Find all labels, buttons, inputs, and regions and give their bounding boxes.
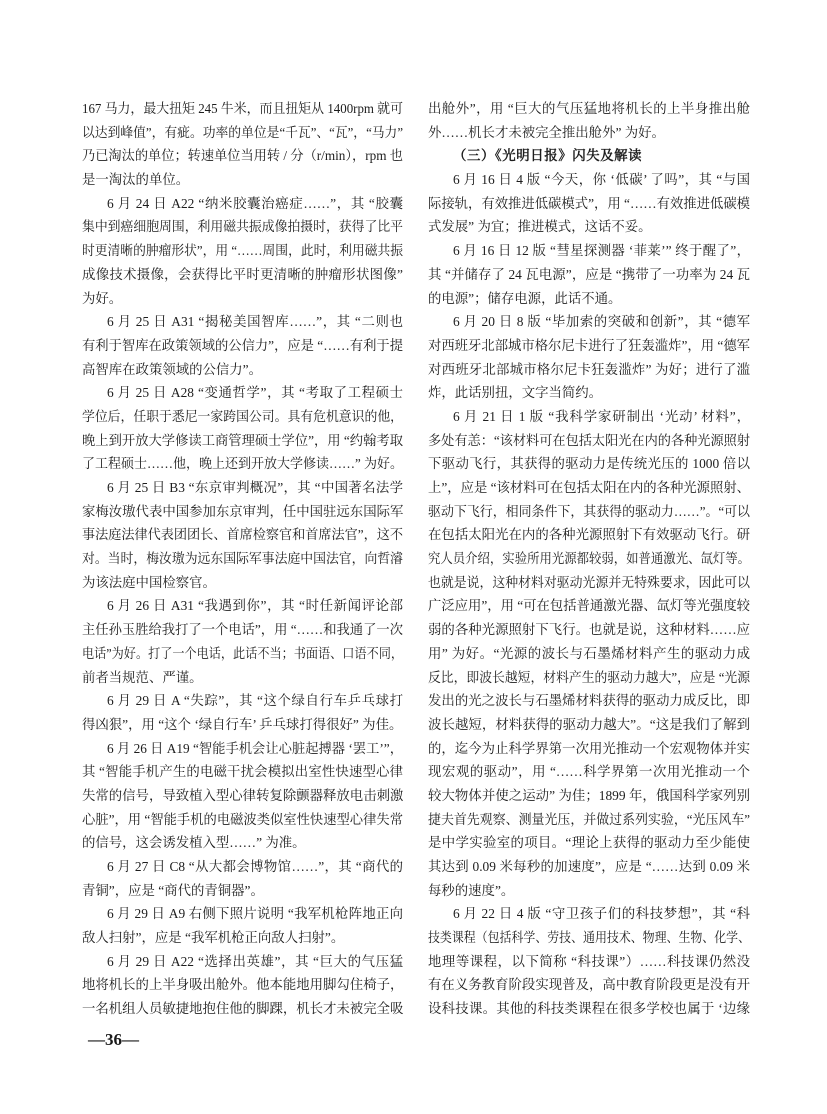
text-line-content: 家梅汝璈代表中国参加东京审判，任中国驻远东国际军 xyxy=(82,500,403,524)
paragraph: 6 月 24 日 A22 “纳米胶囊治癌症……”，其 “胶囊 集中到癌细胞周围，… xyxy=(82,192,403,310)
text-line-content: 为好。 xyxy=(82,287,403,311)
text-line: 6 月 27 日 C8 “从大都会博物馆……”，其 “商代的 xyxy=(82,855,403,879)
text-line: 对西班牙北部城市格尔尼卡狂轰滥炸” 为好；进行了滥 xyxy=(428,358,750,382)
text-line: 高智库在政策领域的公信力”。 xyxy=(82,358,403,382)
text-line-content: 晚上到开放大学修读工商管理硕士学位”，用 “约翰考取 xyxy=(82,429,403,453)
section-heading: （三）《光明日报》闪失及解读 xyxy=(428,144,750,168)
text-line: 反比，即波长越短，材料产生的驱动力越大”，应是 “光源 xyxy=(428,666,750,690)
text-line-content: 6 月 25 日 B3 “东京审判概况”，其 “中国著名法学 xyxy=(107,476,403,500)
paragraph: 6 月 16 日 4 版 “今天，你 ‘低碳’ 了吗”，其 “与国 际接轨，有效… xyxy=(428,168,750,239)
text-line: 6 月 25 日 A31 “揭秘美国智库……”，其 “二则也 xyxy=(82,310,403,334)
text-line-content: 为该法庭中国检察官。 xyxy=(82,571,403,595)
text-line-content: 其 “并储存了 24 瓦电源”，应是 “携带了一功率为 24 瓦 xyxy=(428,263,750,287)
text-line: 6 月 26 日 A19 “智能手机会让心脏起搏器 ‘罢工’”， xyxy=(82,737,403,761)
text-line-content: 学位后，任职于悉尼一家跨国公司。具有危机意识的他， xyxy=(82,405,403,429)
text-line-content: 的信号，这会诱发植入型……” 为准。 xyxy=(82,831,403,855)
text-line-content: 青铜”，应是 “商代的青铜器”。 xyxy=(82,879,403,903)
text-line-content: 用” 为好。“光源的波长与石墨烯材料产生的驱动力成 xyxy=(428,642,750,666)
text-line: 6 月 21 日 1 版 “我科学家研制出 ‘光动’ 材料”， xyxy=(428,405,750,429)
text-line: 6 月 16 日 12 版 “彗星探测器 ‘菲莱’” 终于醒了”， xyxy=(428,239,750,263)
text-line: 发出的光之波长与石墨烯材料获得的驱动力成反比，即 xyxy=(428,689,750,713)
text-line: 家梅汝璈代表中国参加东京审判，任中国驻远东国际军 xyxy=(82,500,403,524)
text-line: 乃已淘汰的单位；转速单位当用转 / 分（r/min），rpm 也 xyxy=(82,144,403,168)
text-line: 6 月 29 日 A9 右侧下照片说明 “我军机枪阵地正向 xyxy=(82,902,403,926)
text-line-content: 事法庭法律代表团团长、首席检察官和首席法官”，这不 xyxy=(82,523,403,547)
text-line-content: 广泛应用”，用 “可在包括普通激光器、氙灯等光强度较 xyxy=(428,594,750,618)
text-line-content: 乃已淘汰的单位；转速单位当用转 / 分（r/min），rpm 也 xyxy=(82,144,403,168)
text-line: 对西班牙北部城市格尔尼卡进行了狂轰滥炸”，用 “德军 xyxy=(428,334,750,358)
text-line: 炸，此话别扭，文字当简约。 xyxy=(428,381,750,405)
text-line: 6 月 25 日 A28 “变通哲学”，其 “考取了工程硕士 xyxy=(82,381,403,405)
text-line-content: 外……机长才未被完全推出舱外” 为好。 xyxy=(428,121,750,145)
text-line: 技类课程（包括科学、劳技、通用技术、物理、生物、化学、 xyxy=(428,926,750,950)
text-line: 为该法庭中国检察官。 xyxy=(82,571,403,595)
text-line-content: 得凶狠”，用 “这个 ‘绿自行车’ 乒乓球打得很好” 为佳。 xyxy=(82,713,403,737)
text-line: 波长越短，材料获得的驱动力越大”。“这是我们了解到 xyxy=(428,713,750,737)
text-line-content: 捷夫首先观察、测量光压，并做过系列实验，“光压风车” xyxy=(428,808,750,832)
text-line-content: 6 月 29 日 A “失踪”，其 “这个绿自行车乒乓球打 xyxy=(107,689,403,713)
text-line-content: 6 月 27 日 C8 “从大都会博物馆……”，其 “商代的 xyxy=(107,855,403,879)
text-line-content: 6 月 25 日 A28 “变通哲学”，其 “考取了工程硕士 xyxy=(107,381,403,405)
text-line-content: 6 月 25 日 A31 “揭秘美国智库……”，其 “二则也 xyxy=(107,310,403,334)
paragraph: 6 月 25 日 A28 “变通哲学”，其 “考取了工程硕士 学位后，任职于悉尼… xyxy=(82,381,403,476)
text-line: 地理等课程，以下简称 “科技课”）……科技课仍然没 xyxy=(428,950,750,974)
text-line-content: 主任孙玉胜给我打了一个电话”，用 “……和我通了一次 xyxy=(82,618,403,642)
text-line-content: 167 马力，最大扭矩 245 牛米，而且扭矩从 1400rpm 就可 xyxy=(82,97,403,121)
text-line: 6 月 25 日 B3 “东京审判概况”，其 “中国著名法学 xyxy=(82,476,403,500)
text-line-content: 现宏观的驱动”，用 “……科学界第一次用光推动一个 xyxy=(428,760,750,784)
text-line: 晚上到开放大学修读工商管理硕士学位”，用 “约翰考取 xyxy=(82,429,403,453)
text-line: 在包括太阳光在内的各种光源照射下有效驱动飞行。研 xyxy=(428,523,750,547)
paragraph: 6 月 25 日 B3 “东京审判概况”，其 “中国著名法学 家梅汝璈代表中国参… xyxy=(82,476,403,594)
text-line: 设科技课。其他的科技类课程在很多学校也属于 ‘边缘 xyxy=(428,997,750,1021)
text-line-content: 是中学实验室的项目。“理论上获得的驱动力至少能使 xyxy=(428,831,750,855)
text-line: 其 “并储存了 24 瓦电源”，应是 “携带了一功率为 24 瓦 xyxy=(428,263,750,287)
text-line-content: 炸，此话别扭，文字当简约。 xyxy=(428,381,750,405)
text-line: 其 “智能手机产生的电磁干扰会模拟出室性快速型心律 xyxy=(82,760,403,784)
text-line: 心脏”，用 “智能手机的电磁波类似室性快速型心律失常 xyxy=(82,808,403,832)
text-line-content: 电话”为好。打了一个电话，此话不当；书面语、口语不同， xyxy=(82,642,403,666)
text-line-content: 际接轨，有效推进低碳模式”，用 “……有效推进低碳模 xyxy=(428,192,750,216)
text-line: 为好。 xyxy=(82,287,403,311)
text-line: 敌人扫射”，应是 “我军机枪正向敌人扫射”。 xyxy=(82,926,403,950)
text-line: 弱的各种光源照射下飞行。也就是说，这种材料……应 xyxy=(428,618,750,642)
text-line: 6 月 22 日 4 版 “守卫孩子们的科技梦想”，其 “科 xyxy=(428,902,750,926)
text-line-content: 一名机组人员敏捷地抱住他的脚踝，机长才未被完全吸 xyxy=(82,997,403,1021)
text-line: 外……机长才未被完全推出舱外” 为好。 xyxy=(428,121,750,145)
text-line-content: 多处有恙：“该材料可在包括太阳光在内的各种光源照射 xyxy=(428,429,750,453)
text-line: 现宏观的驱动”，用 “……科学界第一次用光推动一个 xyxy=(428,760,750,784)
text-line-content: 成像技术摄像，会获得比平时更清晰的肿瘤形状图像” xyxy=(82,263,403,287)
text-line-content: 以达到峰值”，有疵。功率的单位是“千瓦”、“瓦”，“马力” xyxy=(82,121,403,145)
paragraph: 6 月 22 日 4 版 “守卫孩子们的科技梦想”，其 “科 技类课程（包括科学… xyxy=(428,902,750,1020)
paragraph: 6 月 26 日 A19 “智能手机会让心脏起搏器 ‘罢工’”， 其 “智能手机… xyxy=(82,737,403,855)
text-line: 得凶狠”，用 “这个 ‘绿自行车’ 乒乓球打得很好” 为佳。 xyxy=(82,713,403,737)
text-line-content: 在包括太阳光在内的各种光源照射下有效驱动飞行。研 xyxy=(428,523,750,547)
text-line: 的信号，这会诱发植入型……” 为准。 xyxy=(82,831,403,855)
text-line: 其达到 0.09 米每秒的加速度”，应是 “……达到 0.09 米 xyxy=(428,855,750,879)
text-line: 是中学实验室的项目。“理论上获得的驱动力至少能使 xyxy=(428,831,750,855)
text-line-content: 设科技课。其他的科技类课程在很多学校也属于 ‘边缘 xyxy=(428,997,750,1021)
text-line-content: 前者当规范、严谨。 xyxy=(82,666,403,690)
text-line: 成像技术摄像，会获得比平时更清晰的肿瘤形状图像” xyxy=(82,263,403,287)
text-line-content: 上”，应是 “该材料可在包括太阳在内的各种光源照射、 xyxy=(428,476,750,500)
text-line-content: 6 月 24 日 A22 “纳米胶囊治癌症……”，其 “胶囊 xyxy=(107,192,403,216)
text-line: 下驱动飞行，其获得的驱动力是传统光压的 1000 倍以 xyxy=(428,452,750,476)
text-line: 捷夫首先观察、测量光压，并做过系列实验，“光压风车” xyxy=(428,808,750,832)
text-line-content: 对。当时，梅汝璈为远东国际军事法庭中国法官，向哲濬 xyxy=(82,547,403,571)
paragraph: 6 月 27 日 C8 “从大都会博物馆……”，其 “商代的 青铜”，应是 “商… xyxy=(82,855,403,902)
text-line: 6 月 16 日 4 版 “今天，你 ‘低碳’ 了吗”，其 “与国 xyxy=(428,168,750,192)
paragraph: 6 月 21 日 1 版 “我科学家研制出 ‘光动’ 材料”， 多处有恙：“该材… xyxy=(428,405,750,902)
text-line: 以达到峰值”，有疵。功率的单位是“千瓦”、“瓦”，“马力” xyxy=(82,121,403,145)
text-line-content: 对西班牙北部城市格尔尼卡进行了狂轰滥炸”，用 “德军 xyxy=(428,334,750,358)
text-line-content: 较大物体并使之运动” 为佳；1899 年，俄国科学家列别 xyxy=(428,784,750,808)
text-line-content: 6 月 22 日 4 版 “守卫孩子们的科技梦想”，其 “科 xyxy=(453,902,750,926)
text-line-content: 弱的各种光源照射下飞行。也就是说，这种材料……应 xyxy=(428,618,750,642)
text-line-content: 地将机长的上半身吸出舱外。他本能地用脚勾住椅子， xyxy=(82,973,403,997)
text-line-content: 每秒的速度”。 xyxy=(428,879,750,903)
right-column: 出舱外”，用 “巨大的气压猛地将机长的上半身推出舱 外……机长才未被完全推出舱外… xyxy=(428,97,750,1021)
text-line-content: 其 “智能手机产生的电磁干扰会模拟出室性快速型心律 xyxy=(82,760,403,784)
text-line: 也就是说，这种材料对驱动光源并无特殊要求，因此可以 xyxy=(428,571,750,595)
text-line-content: 究人员介绍，实验所用光源都较弱，如普通激光、氙灯等。 xyxy=(428,547,750,571)
paragraph: 6 月 25 日 A31 “揭秘美国智库……”，其 “二则也 有利于智库在政策领… xyxy=(82,310,403,381)
text-line-content: 波长越短，材料获得的驱动力越大”。“这是我们了解到 xyxy=(428,713,750,737)
text-line-content: 6 月 26 日 A19 “智能手机会让心脏起搏器 ‘罢工’”， xyxy=(107,737,403,761)
text-line-content: 了工程硕士……他，晚上还到开放大学修读……” 为好。 xyxy=(82,452,403,476)
paragraph: 6 月 29 日 A22 “选择出英雄”，其 “巨大的气压猛 地将机长的上半身吸… xyxy=(82,950,403,1021)
text-line: 电话”为好。打了一个电话，此话不当；书面语、口语不同， xyxy=(82,642,403,666)
paragraph: 6 月 16 日 12 版 “彗星探测器 ‘菲莱’” 终于醒了”， 其 “并储存… xyxy=(428,239,750,310)
text-line-content: 出舱外”，用 “巨大的气压猛地将机长的上半身推出舱 xyxy=(428,97,750,121)
text-line: 上”，应是 “该材料可在包括太阳在内的各种光源照射、 xyxy=(428,476,750,500)
text-line: 用” 为好。“光源的波长与石墨烯材料产生的驱动力成 xyxy=(428,642,750,666)
text-line-content: 对西班牙北部城市格尔尼卡狂轰滥炸” 为好；进行了滥 xyxy=(428,358,750,382)
text-line: 集中到癌细胞周围，利用磁共振成像拍摄时，获得了比平 xyxy=(82,215,403,239)
text-line-content: 技类课程（包括科学、劳技、通用技术、物理、生物、化学、 xyxy=(428,926,750,950)
text-line: 时更清晰的肿瘤形状”，用 “……周围，此时，利用磁共振 xyxy=(82,239,403,263)
text-line-content: 6 月 29 日 A22 “选择出英雄”，其 “巨大的气压猛 xyxy=(107,950,403,974)
text-line: 每秒的速度”。 xyxy=(428,879,750,903)
text-line: 多处有恙：“该材料可在包括太阳光在内的各种光源照射 xyxy=(428,429,750,453)
text-line-content: 集中到癌细胞周围，利用磁共振成像拍摄时，获得了比平 xyxy=(82,215,403,239)
text-line-content: 6 月 16 日 12 版 “彗星探测器 ‘菲莱’” 终于醒了”， xyxy=(453,239,750,263)
text-line: 失常的信号，导致植入型心律转复除颤器释放电击刺激 xyxy=(82,784,403,808)
text-line: 驱动下飞行，相同条件下，其获得的驱动力……”。“可以 xyxy=(428,500,750,524)
text-line: 学位后，任职于悉尼一家跨国公司。具有危机意识的他， xyxy=(82,405,403,429)
text-line: 是一淘汰的单位。 xyxy=(82,168,403,192)
paragraph: 6 月 26 日 A31 “我遇到你”，其 “时任新闻评论部 主任孙玉胜给我打了… xyxy=(82,594,403,689)
text-line: 167 马力，最大扭矩 245 牛米，而且扭矩从 1400rpm 就可 xyxy=(82,97,403,121)
text-line: 有在义务教育阶段实现普及，高中教育阶段更是没有开 xyxy=(428,973,750,997)
text-line: 究人员介绍，实验所用光源都较弱，如普通激光、氙灯等。 xyxy=(428,547,750,571)
text-line-content: 6 月 29 日 A9 右侧下照片说明 “我军机枪阵地正向 xyxy=(107,902,403,926)
text-line-content: 6 月 20 日 8 版 “毕加索的突破和创新”，其 “德军 xyxy=(453,310,750,334)
text-line: 6 月 29 日 A22 “选择出英雄”，其 “巨大的气压猛 xyxy=(82,950,403,974)
text-line: 6 月 29 日 A “失踪”，其 “这个绿自行车乒乓球打 xyxy=(82,689,403,713)
text-line-content: 的电源”；储存电源，此话不通。 xyxy=(428,287,750,311)
text-line: 有利于智库在政策领域的公信力”，应是 “……有利于提 xyxy=(82,334,403,358)
text-line-content: 时更清晰的肿瘤形状”，用 “……周围，此时，利用磁共振 xyxy=(82,239,403,263)
text-line-content: 失常的信号，导致植入型心律转复除颤器释放电击刺激 xyxy=(82,784,403,808)
paragraph: 6 月 29 日 A9 右侧下照片说明 “我军机枪阵地正向 敌人扫射”，应是 “… xyxy=(82,902,403,949)
text-line-content: 反比，即波长越短，材料产生的驱动力越大”，应是 “光源 xyxy=(428,666,750,690)
paragraph-continued: 出舱外”，用 “巨大的气压猛地将机长的上半身推出舱 外……机长才未被完全推出舱外… xyxy=(428,97,750,144)
left-column: 167 马力，最大扭矩 245 牛米，而且扭矩从 1400rpm 就可 以达到峰… xyxy=(82,97,403,1021)
paragraph-continued: 167 马力，最大扭矩 245 牛米，而且扭矩从 1400rpm 就可 以达到峰… xyxy=(82,97,403,192)
text-line-content: 其达到 0.09 米每秒的加速度”，应是 “……达到 0.09 米 xyxy=(428,855,750,879)
text-line: 青铜”，应是 “商代的青铜器”。 xyxy=(82,879,403,903)
text-line-content: 驱动下飞行，相同条件下，其获得的驱动力……”。“可以 xyxy=(428,500,750,524)
text-line-content: 敌人扫射”，应是 “我军机枪正向敌人扫射”。 xyxy=(82,926,403,950)
text-line-content: 地理等课程，以下简称 “科技课”）……科技课仍然没 xyxy=(428,950,750,974)
text-line-content: 发出的光之波长与石墨烯材料获得的驱动力成反比，即 xyxy=(428,689,750,713)
text-line: 前者当规范、严谨。 xyxy=(82,666,403,690)
text-line: 事法庭法律代表团团长、首席检察官和首席法官”，这不 xyxy=(82,523,403,547)
paragraph: 6 月 29 日 A “失踪”，其 “这个绿自行车乒乓球打 得凶狠”，用 “这个… xyxy=(82,689,403,736)
text-line: 6 月 20 日 8 版 “毕加索的突破和创新”，其 “德军 xyxy=(428,310,750,334)
text-line-content: 高智库在政策领域的公信力”。 xyxy=(82,358,403,382)
text-line-content: 6 月 16 日 4 版 “今天，你 ‘低碳’ 了吗”，其 “与国 xyxy=(453,168,750,192)
text-line: 广泛应用”，用 “可在包括普通激光器、氙灯等光强度较 xyxy=(428,594,750,618)
page-number: —36— xyxy=(88,1028,139,1052)
text-line-content: 的，迄今为止科学界第一次用光推动一个宏观物体并实 xyxy=(428,737,750,761)
text-line-content: 6 月 26 日 A31 “我遇到你”，其 “时任新闻评论部 xyxy=(107,594,403,618)
text-line-content: 下驱动飞行，其获得的驱动力是传统光压的 1000 倍以 xyxy=(428,452,750,476)
text-line-content: 心脏”，用 “智能手机的电磁波类似室性快速型心律失常 xyxy=(82,808,403,832)
paragraph: 6 月 20 日 8 版 “毕加索的突破和创新”，其 “德军 对西班牙北部城市格… xyxy=(428,310,750,405)
text-line: 对。当时，梅汝璈为远东国际军事法庭中国法官，向哲濬 xyxy=(82,547,403,571)
section-heading-text: （三）《光明日报》闪失及解读 xyxy=(453,144,750,168)
text-line: 际接轨，有效推进低碳模式”，用 “……有效推进低碳模 xyxy=(428,192,750,216)
text-line: 主任孙玉胜给我打了一个电话”，用 “……和我通了一次 xyxy=(82,618,403,642)
text-line-content: 有在义务教育阶段实现普及，高中教育阶段更是没有开 xyxy=(428,973,750,997)
text-line-content: 是一淘汰的单位。 xyxy=(82,168,403,192)
text-line: 6 月 26 日 A31 “我遇到你”，其 “时任新闻评论部 xyxy=(82,594,403,618)
text-line: 地将机长的上半身吸出舱外。他本能地用脚勾住椅子， xyxy=(82,973,403,997)
text-line: 的电源”；储存电源，此话不通。 xyxy=(428,287,750,311)
text-line-content: 有利于智库在政策领域的公信力”，应是 “……有利于提 xyxy=(82,334,403,358)
text-line: 的，迄今为止科学界第一次用光推动一个宏观物体并实 xyxy=(428,737,750,761)
text-line: 出舱外”，用 “巨大的气压猛地将机长的上半身推出舱 xyxy=(428,97,750,121)
text-line: 6 月 24 日 A22 “纳米胶囊治癌症……”，其 “胶囊 xyxy=(82,192,403,216)
text-line: 一名机组人员敏捷地抱住他的脚踝，机长才未被完全吸 xyxy=(82,997,403,1021)
text-line-content: 也就是说，这种材料对驱动光源并无特殊要求，因此可以 xyxy=(428,571,750,595)
text-line-content: 式发展” 为宜；推进模式，这话不妥。 xyxy=(428,215,750,239)
text-line: 了工程硕士……他，晚上还到开放大学修读……” 为好。 xyxy=(82,452,403,476)
text-line: 式发展” 为宜；推进模式，这话不妥。 xyxy=(428,215,750,239)
text-line: 较大物体并使之运动” 为佳；1899 年，俄国科学家列别 xyxy=(428,784,750,808)
text-line-content: 6 月 21 日 1 版 “我科学家研制出 ‘光动’ 材料”， xyxy=(453,405,750,429)
